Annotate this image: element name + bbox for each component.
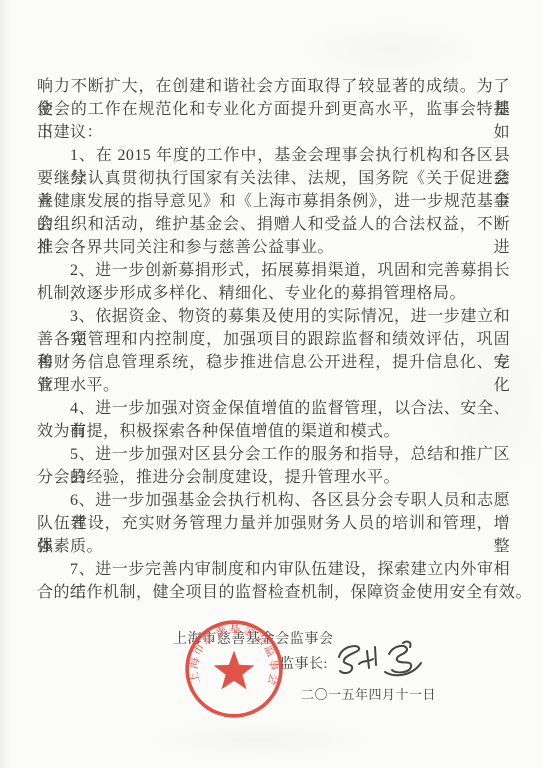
text-line: 2、进一步创新募捐形式，拓展募捐渠道，巩固和完善募捐长效 [37, 259, 510, 282]
text-line: 7、进一步完善内审制度和内审队伍建设，探索建立内外审相结 [37, 558, 510, 581]
text-line: 6、进一步加强基金会执行机构、各区县分会专职人员和志愿者 [37, 489, 510, 512]
text-line: 响力不断扩大，在创建和谐社会方面取得了较显著的成绩。为了使基 [37, 75, 510, 98]
official-red-seal: 上海市慈善基金会监事会 [183, 616, 285, 722]
text-line: 要继续认真贯彻执行国家有关法律、法规，国务院《关于促进慈善事 [37, 167, 510, 190]
text-line: 业健康发展的指导意见》和《上海市募捐条例》，进一步规范基金会 [37, 190, 510, 213]
closing-date: 二〇一五年四月十一日 [301, 687, 436, 703]
seal-star-icon [214, 651, 255, 690]
handwritten-signature [333, 640, 425, 680]
scan-smudge [150, 720, 370, 760]
text-line: 1、在 2015 年度的工作中，基金会理事会执行机构和各区县分会 [37, 144, 510, 167]
text-line: 金会的工作在规范化和专业化方面提升到更高水平，监事会特提出如 [37, 98, 510, 121]
scan-smudge [300, 20, 480, 80]
text-line: 队伍建设，充实财务管理力量并加强财务人员的培训和管理，增强整 [37, 512, 510, 535]
letter-body: 响力不断扩大，在创建和谐社会方面取得了较显著的成绩。为了使基 金会的工作在规范化… [37, 75, 510, 604]
text-line: 合的工作机制，健全项目的监督检查机制，保障资金使用安全有效。 [37, 581, 510, 604]
text-line: 善财务信息管理系统，稳步推进信息公开进程，提升信息化、专业化 [37, 351, 510, 374]
text-line: 5、进一步加强对区县分会工作的服务和指导，总结和推广区县 [37, 443, 510, 466]
signer-title: 监事长: [280, 656, 328, 674]
text-line: 善各项管理和内控制度，加强项目的跟踪监督和绩效评估，巩固和完 [37, 328, 510, 351]
text-line: 效为前提，积极探索各种保值增值的渠道和模式。 [37, 420, 510, 443]
text-line: 4、进一步加强对资金保值增值的监督管理，以合法、安全、有 [37, 397, 510, 420]
text-line: 机制，逐步形成多样化、精细化、专业化的募捐管理格局。 [37, 282, 510, 305]
text-line: 分会的经验，推进分会制度建设，提升管理水平。 [37, 466, 510, 489]
scan-edge-shadow [0, 0, 10, 768]
text-line: 的组织和活动，维护基金会、捐赠人和受益人的合法权益，不断推进 [37, 213, 510, 236]
document-page: 响力不断扩大，在创建和谐社会方面取得了较显著的成绩。为了使基 金会的工作在规范化… [0, 0, 542, 768]
text-line: 3、依据资金、物资的募集及使用的实际情况，进一步建立和完 [37, 305, 510, 328]
